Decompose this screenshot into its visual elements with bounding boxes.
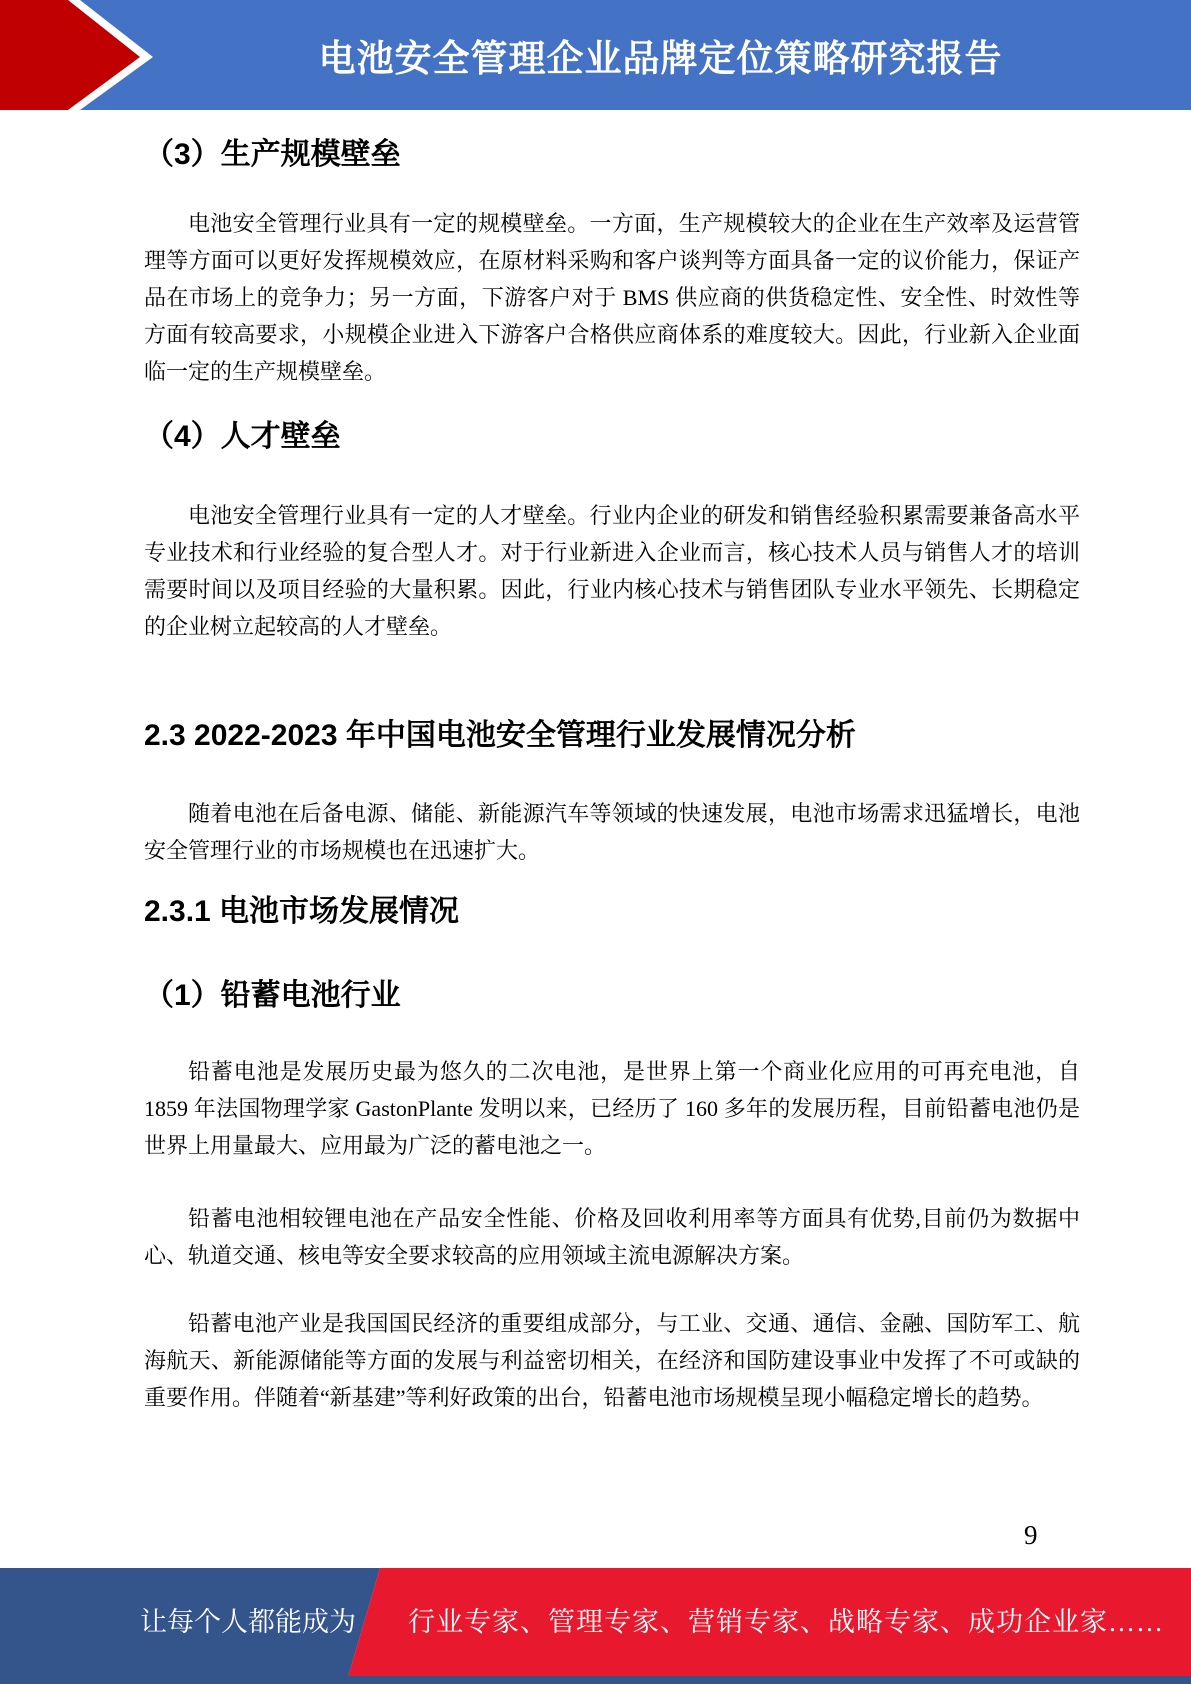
heading-lead-acid-industry: （1）铅蓄电池行业 (144, 975, 1080, 1017)
footer-slogan-left: 让每个人都能成为 (140, 1606, 356, 1638)
page-footer: 让每个人都能成为 行业专家、管理专家、营销专家、战略专家、成功企业家…… (0, 1568, 1191, 1684)
report-title: 电池安全管理企业品牌定位策略研究报告 (170, 0, 1151, 110)
paragraph-production-scale: 电池安全管理行业具有一定的规模壁垒。一方面，生产规模较大的企业在生产效率及运营管… (144, 205, 1080, 390)
paragraph-lead-acid-economy: 铅蓄电池产业是我国国民经济的重要组成部分，与工业、交通、通信、金融、国防军工、航… (144, 1305, 1080, 1416)
paragraph-industry-development: 随着电池在后备电源、储能、新能源汽车等领域的快速发展，电池市场需求迅猛增长，电池… (144, 795, 1080, 869)
footer-slogan-right: 行业专家、管理专家、营销专家、战略专家、成功企业家…… (408, 1606, 1164, 1638)
document-body: （3）生产规模壁垒 电池安全管理行业具有一定的规模壁垒。一方面，生产规模较大的企… (144, 110, 1080, 1416)
heading-industry-development: 2.3 2022-2023 年中国电池安全管理行业发展情况分析 (144, 715, 1080, 757)
heading-battery-market: 2.3.1 电池市场发展情况 (144, 891, 1080, 933)
report-page: { "header": { "title": "电池安全管理企业品牌定位策略研究… (0, 0, 1191, 1684)
paragraph-talent: 电池安全管理行业具有一定的人才壁垒。行业内企业的研发和销售经验积累需要兼备高水平… (144, 497, 1080, 645)
paragraph-lead-acid-advantage: 铅蓄电池相较锂电池在产品安全性能、价格及回收利用率等方面具有优势,目前仍为数据中… (144, 1200, 1080, 1274)
heading-production-scale-barrier: （3）生产规模壁垒 (144, 134, 1080, 176)
paragraph-lead-acid-history: 铅蓄电池是发展历史最为悠久的二次电池，是世界上第一个商业化应用的可再充电池，自 … (144, 1053, 1080, 1164)
report-header-banner: 电池安全管理企业品牌定位策略研究报告 (0, 0, 1191, 110)
page-number: 9 (1024, 1519, 1038, 1551)
heading-talent-barrier: （4）人才壁垒 (144, 416, 1080, 458)
red-arrow-icon (0, 0, 170, 110)
footer-bottom-strip (0, 1676, 1191, 1684)
